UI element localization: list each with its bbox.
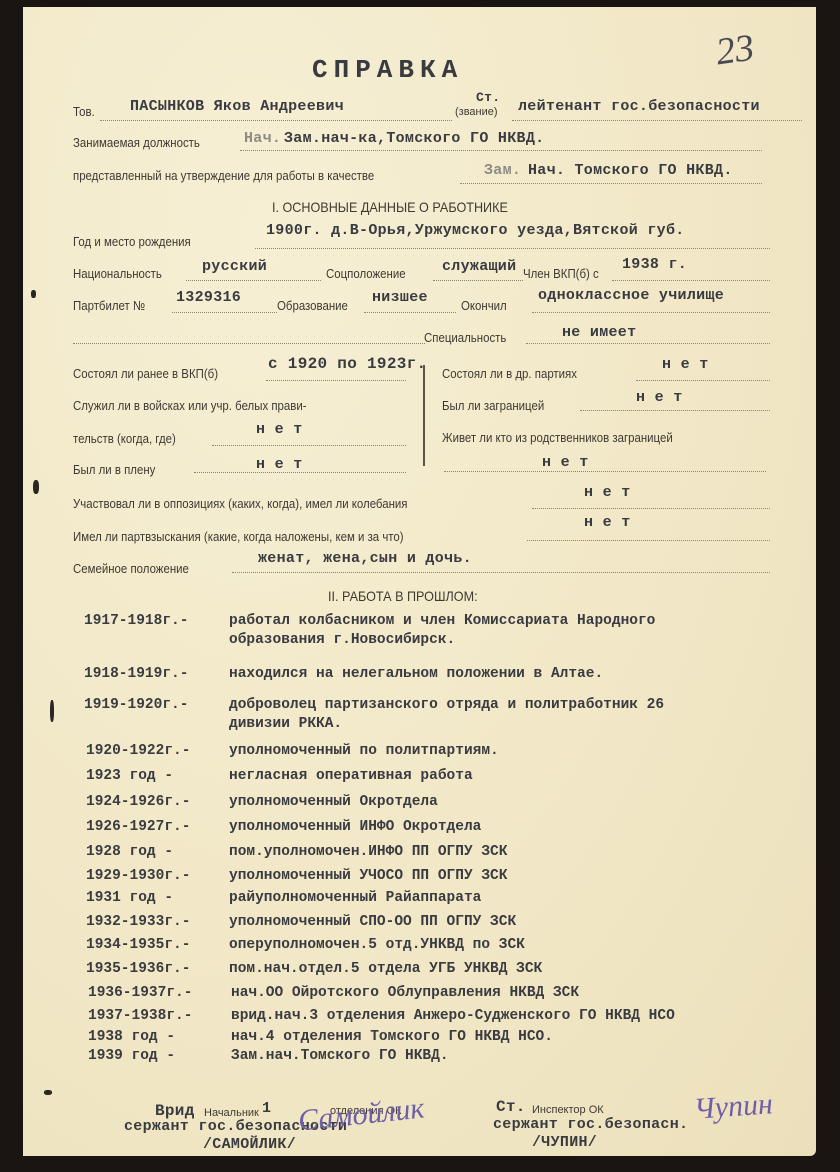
work-years: 1934-1935г.- <box>86 937 190 953</box>
work-description: райуполномоченный Райаппарата <box>229 890 481 906</box>
column-divider <box>423 365 425 466</box>
prev-vkpb-label: Состоял ли ранее в ВКП(б) <box>73 366 218 381</box>
work-years: 1935-1936г.- <box>86 961 190 977</box>
sig-right-name: /ЧУПИН/ <box>532 1134 597 1151</box>
white-army-label-2: тельств (когда, где) <box>73 431 176 446</box>
work-description: уполномоченный Окротдела <box>229 794 438 810</box>
social-value: служащий <box>442 258 516 275</box>
work-years: 1918-1919г.- <box>84 666 188 682</box>
captivity-value: н е т <box>256 456 303 473</box>
sig-left-name: /САМОЙЛИК/ <box>203 1136 296 1153</box>
partcard-label: Партбилет № <box>73 298 145 313</box>
education-label: Образование <box>277 298 348 313</box>
work-years: 1929-1930г.- <box>86 868 190 884</box>
page-number: 23 <box>713 26 757 75</box>
specialty-value: не имеет <box>562 324 636 341</box>
family-label: Семейное положение <box>73 561 189 576</box>
section1-heading: I. ОСНОВНЫЕ ДАННЫЕ О РАБОТНИКЕ <box>272 199 508 215</box>
work-years: 1931 год - <box>86 890 173 906</box>
work-description-cont: дивизии РККА. <box>229 716 342 732</box>
opposition-value: н е т <box>584 484 631 501</box>
proposed-struck: Зам. <box>484 162 521 179</box>
work-description: негласная оперативная работа <box>229 768 473 784</box>
work-description: нач.ОО Ойротского Облуправления НКВД ЗСК <box>231 985 579 1001</box>
proposed-value: Нач. Томского ГО НКВД. <box>528 162 733 179</box>
work-years: 1917-1918г.- <box>84 613 188 629</box>
position-label: Занимаемая должность <box>73 135 200 150</box>
penalties-value: н е т <box>584 514 631 531</box>
work-description: доброволец партизанского отряда и политр… <box>229 697 664 713</box>
family-value: женат, жена,сын и дочь. <box>258 550 472 567</box>
section2-heading: II. РАБОТА В ПРОШЛОМ: <box>328 588 478 604</box>
employee-name: ПАСЫНКОВ Яков Андреевич <box>130 98 344 115</box>
education-value: низшее <box>372 289 428 306</box>
sig-left-dept-num: 1 <box>262 1100 271 1117</box>
abroad-label: Был ли заграницей <box>442 398 544 413</box>
rank: лейтенант гос.безопасности <box>518 98 760 115</box>
birth-value: 1900г. д.В-Орья,Уржумского уезда,Вятской… <box>266 222 685 239</box>
party-member-value: 1938 г. <box>622 256 687 273</box>
penalties-label: Имел ли партвзыскания (какие, когда нало… <box>73 529 404 544</box>
relatives-abroad-label: Живет ли кто из родственников заграницей <box>442 430 673 445</box>
work-years: 1923 год - <box>86 768 173 784</box>
work-description-cont: образования г.Новосибирск. <box>229 632 455 648</box>
rank-prefix: Ст. <box>476 90 500 105</box>
work-description: нач.4 отделения Томского ГО НКВД НСО. <box>231 1029 553 1045</box>
work-description: уполномоченный ИНФО Окротдела <box>229 819 481 835</box>
white-army-value: н е т <box>256 421 303 438</box>
margin-mark <box>50 700 54 722</box>
signature-chupin: Чупин <box>693 1087 774 1126</box>
rank-label: (звание) <box>455 106 498 118</box>
graduated-label: Окончил <box>461 298 507 313</box>
work-years: 1938 год - <box>88 1029 175 1045</box>
work-years: 1928 год - <box>86 844 173 860</box>
work-description: Зам.нач.Томского ГО НКВД. <box>231 1048 449 1064</box>
captivity-label: Был ли в плену <box>73 462 155 477</box>
nationality-value: русский <box>202 258 267 275</box>
social-label: Соцположение <box>326 266 406 281</box>
work-years: 1939 год - <box>88 1048 175 1064</box>
work-description: пом.уполномочен.ИНФО ПП ОГПУ ЗСК <box>229 844 507 860</box>
work-description: находился на нелегальном положении в Алт… <box>229 666 603 682</box>
work-description: уполномоченный УЧОСО ПП ОГПУ ЗСК <box>229 868 507 884</box>
work-years: 1919-1920г.- <box>84 697 188 713</box>
other-parties-value: н е т <box>662 356 709 373</box>
sig-right-title: Инспектор ОК <box>532 1104 604 1116</box>
nationality-label: Национальность <box>73 266 162 281</box>
work-description: пом.нач.отдел.5 отдела УГБ УНКВД ЗСК <box>229 961 542 977</box>
partcard-value: 1329316 <box>176 289 241 306</box>
work-description: работал колбасником и член Комиссариата … <box>229 613 655 629</box>
margin-mark <box>44 1090 52 1095</box>
work-description: уполномоченный СПО-ОО ПП ОГПУ ЗСК <box>229 914 516 930</box>
birth-label: Год и место рождения <box>73 234 191 249</box>
prev-vkpb-value: с 1920 по 1923г. <box>268 355 426 373</box>
margin-mark <box>33 480 39 494</box>
tov-label: Тов. <box>73 104 95 119</box>
abroad-value: н е т <box>636 389 683 406</box>
sig-right-prefix: Ст. <box>496 1098 526 1116</box>
document-title: СПРАВКА <box>312 55 463 85</box>
position-value: Зам.нач-ка,Томского ГО НКВД. <box>284 130 544 147</box>
work-years: 1936-1937г.- <box>88 985 192 1001</box>
party-member-label: Член ВКП(б) с <box>523 266 599 281</box>
graduated-value: одноклассное училище <box>538 287 724 304</box>
position-struck: Нач. <box>244 130 281 147</box>
work-years: 1932-1933г.- <box>86 914 190 930</box>
margin-mark <box>31 290 36 298</box>
white-army-label-1: Служил ли в войсках или учр. белых прави… <box>73 398 307 413</box>
work-description: врид.нач.3 отделения Анжеро-Судженского … <box>231 1008 675 1024</box>
sig-right-rank: сержант гос.безопасн. <box>493 1116 688 1133</box>
work-description: уполномоченный по политпартиям. <box>229 743 499 759</box>
work-years: 1937-1938г.- <box>88 1008 192 1024</box>
opposition-label: Участвовал ли в оппозициях (каких, когда… <box>73 496 407 511</box>
work-description: оперуполномочен.5 отд.УНКВД по ЗСК <box>229 937 525 953</box>
work-years: 1924-1926г.- <box>86 794 190 810</box>
other-parties-label: Состоял ли в др. партиях <box>442 366 577 381</box>
proposed-label: представленный на утверждение для работы… <box>73 168 374 183</box>
work-years: 1926-1927г.- <box>86 819 190 835</box>
work-years: 1920-1922г.- <box>86 743 190 759</box>
relatives-abroad-value: н е т <box>542 454 589 471</box>
specialty-label: Специальность <box>424 330 506 345</box>
